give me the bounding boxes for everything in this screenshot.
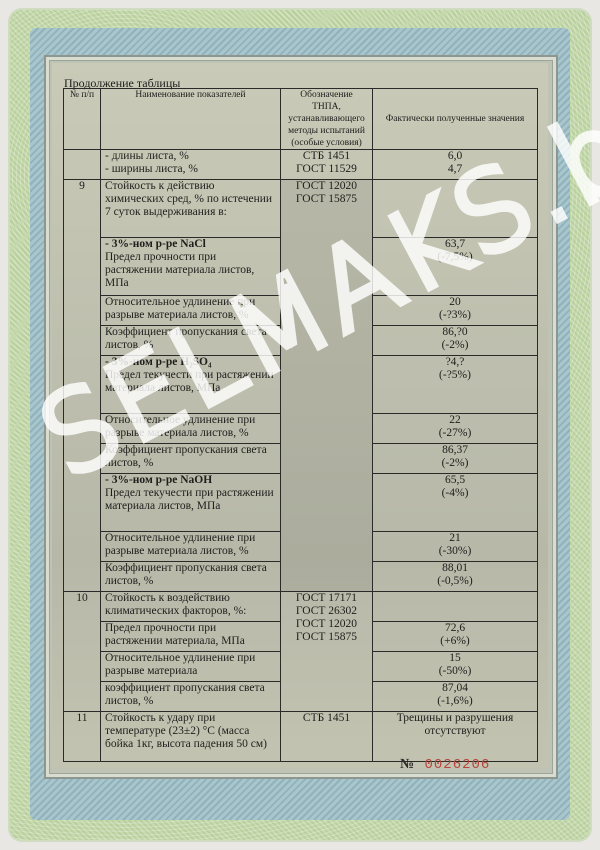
- measured-value: 88,01(-0,5%): [373, 562, 538, 592]
- table-row: 10Стойкость к воздействию климатических …: [64, 592, 538, 622]
- indicator-name: Стойкость к воздействию климатических фа…: [101, 592, 281, 622]
- measured-value: Трещины и разрушения отсутствуют: [373, 712, 538, 762]
- indicator-name: Предел прочности при растяжении материал…: [101, 622, 281, 652]
- test-standard: СТБ 1451: [281, 712, 373, 762]
- row-number: [64, 150, 101, 180]
- indicator-name: Относительное удлинение при разрыве мате…: [101, 296, 281, 326]
- indicator-name: - 3%-ном р-ре NaClПредел прочности при р…: [101, 238, 281, 296]
- indicator-name: Коэффициент пропускания света листов, %: [101, 562, 281, 592]
- measured-value: 72,6(+6%): [373, 622, 538, 652]
- medium-label: - 3%-ном р-ре NaCl: [105, 238, 206, 250]
- serial-label: №: [400, 757, 415, 772]
- indicator-name: Относительное удлинение при разрыве мате…: [101, 652, 281, 682]
- measured-value: ?4,?(-?5%): [373, 356, 538, 414]
- measured-value: 86,?0(-2%): [373, 326, 538, 356]
- indicator-name: Относительное удлинение при разрыве мате…: [101, 532, 281, 562]
- measured-value: 22(-27%): [373, 414, 538, 444]
- table-row: - длины листа, %- ширины листа, %СТБ 145…: [64, 150, 538, 180]
- indicator-name: Коэффициент пропускания света листов, %: [101, 444, 281, 474]
- serial-value: 0026206: [424, 757, 490, 773]
- medium-label: - 3%-ном р-ре NaOH: [105, 474, 212, 486]
- measured-value: 65,5(-4%): [373, 474, 538, 532]
- measured-value: 86,37(-2%): [373, 444, 538, 474]
- serial-number: № 0026206: [400, 757, 490, 773]
- measured-value: [373, 592, 538, 622]
- measured-value: 21(-30%): [373, 532, 538, 562]
- indicator-name: Стойкость к удару при температуре (23±2)…: [101, 712, 281, 762]
- measured-value: 15(-50%): [373, 652, 538, 682]
- measured-value: 87,04(-1,6%): [373, 682, 538, 712]
- test-standard: ГОСТ 12020ГОСТ 15875: [281, 180, 373, 592]
- test-results-table: № п/п Наименование показателей Обозначен…: [63, 88, 538, 762]
- indicator-name: - длины листа, %- ширины листа, %: [101, 150, 281, 180]
- header-name: Наименование показателей: [101, 89, 281, 150]
- indicator-name: Коэффициент пропускания света листов, %: [101, 326, 281, 356]
- header-value: Фактически полученные значения: [373, 89, 538, 150]
- medium-label: - 3%-ном р-ре H₂SO₄: [105, 356, 211, 368]
- indicator-name: коэффициент пропускания света листов, %: [101, 682, 281, 712]
- row-number: 9: [64, 180, 101, 592]
- indicator-name: - 3%-ном р-ре NaOHПредел текучести при р…: [101, 474, 281, 532]
- table-row: 11Стойкость к удару при температуре (23±…: [64, 712, 538, 762]
- measured-value: 20(-?3%): [373, 296, 538, 326]
- test-standard: СТБ 1451ГОСТ 11529: [281, 150, 373, 180]
- table-row: 9Стойкость к действию химических сред, %…: [64, 180, 538, 238]
- measured-value: [373, 180, 538, 238]
- indicator-name: Стойкость к действию химических сред, % …: [101, 180, 281, 238]
- measured-value: 6,04,7: [373, 150, 538, 180]
- measured-value: 63,7(-7,5%): [373, 238, 538, 296]
- test-standard: ГОСТ 17171ГОСТ 26302ГОСТ 12020ГОСТ 15875: [281, 592, 373, 712]
- row-number: 10: [64, 592, 101, 712]
- header-standard: Обозначение ТНПА, устанавливающего метод…: [281, 89, 373, 150]
- indicator-name: - 3%-ном р-ре H₂SO₄Предел текучести при …: [101, 356, 281, 414]
- row-number: 11: [64, 712, 101, 762]
- header-num: № п/п: [64, 89, 101, 150]
- indicator-name: Относительное удлинение при разрыве мате…: [101, 414, 281, 444]
